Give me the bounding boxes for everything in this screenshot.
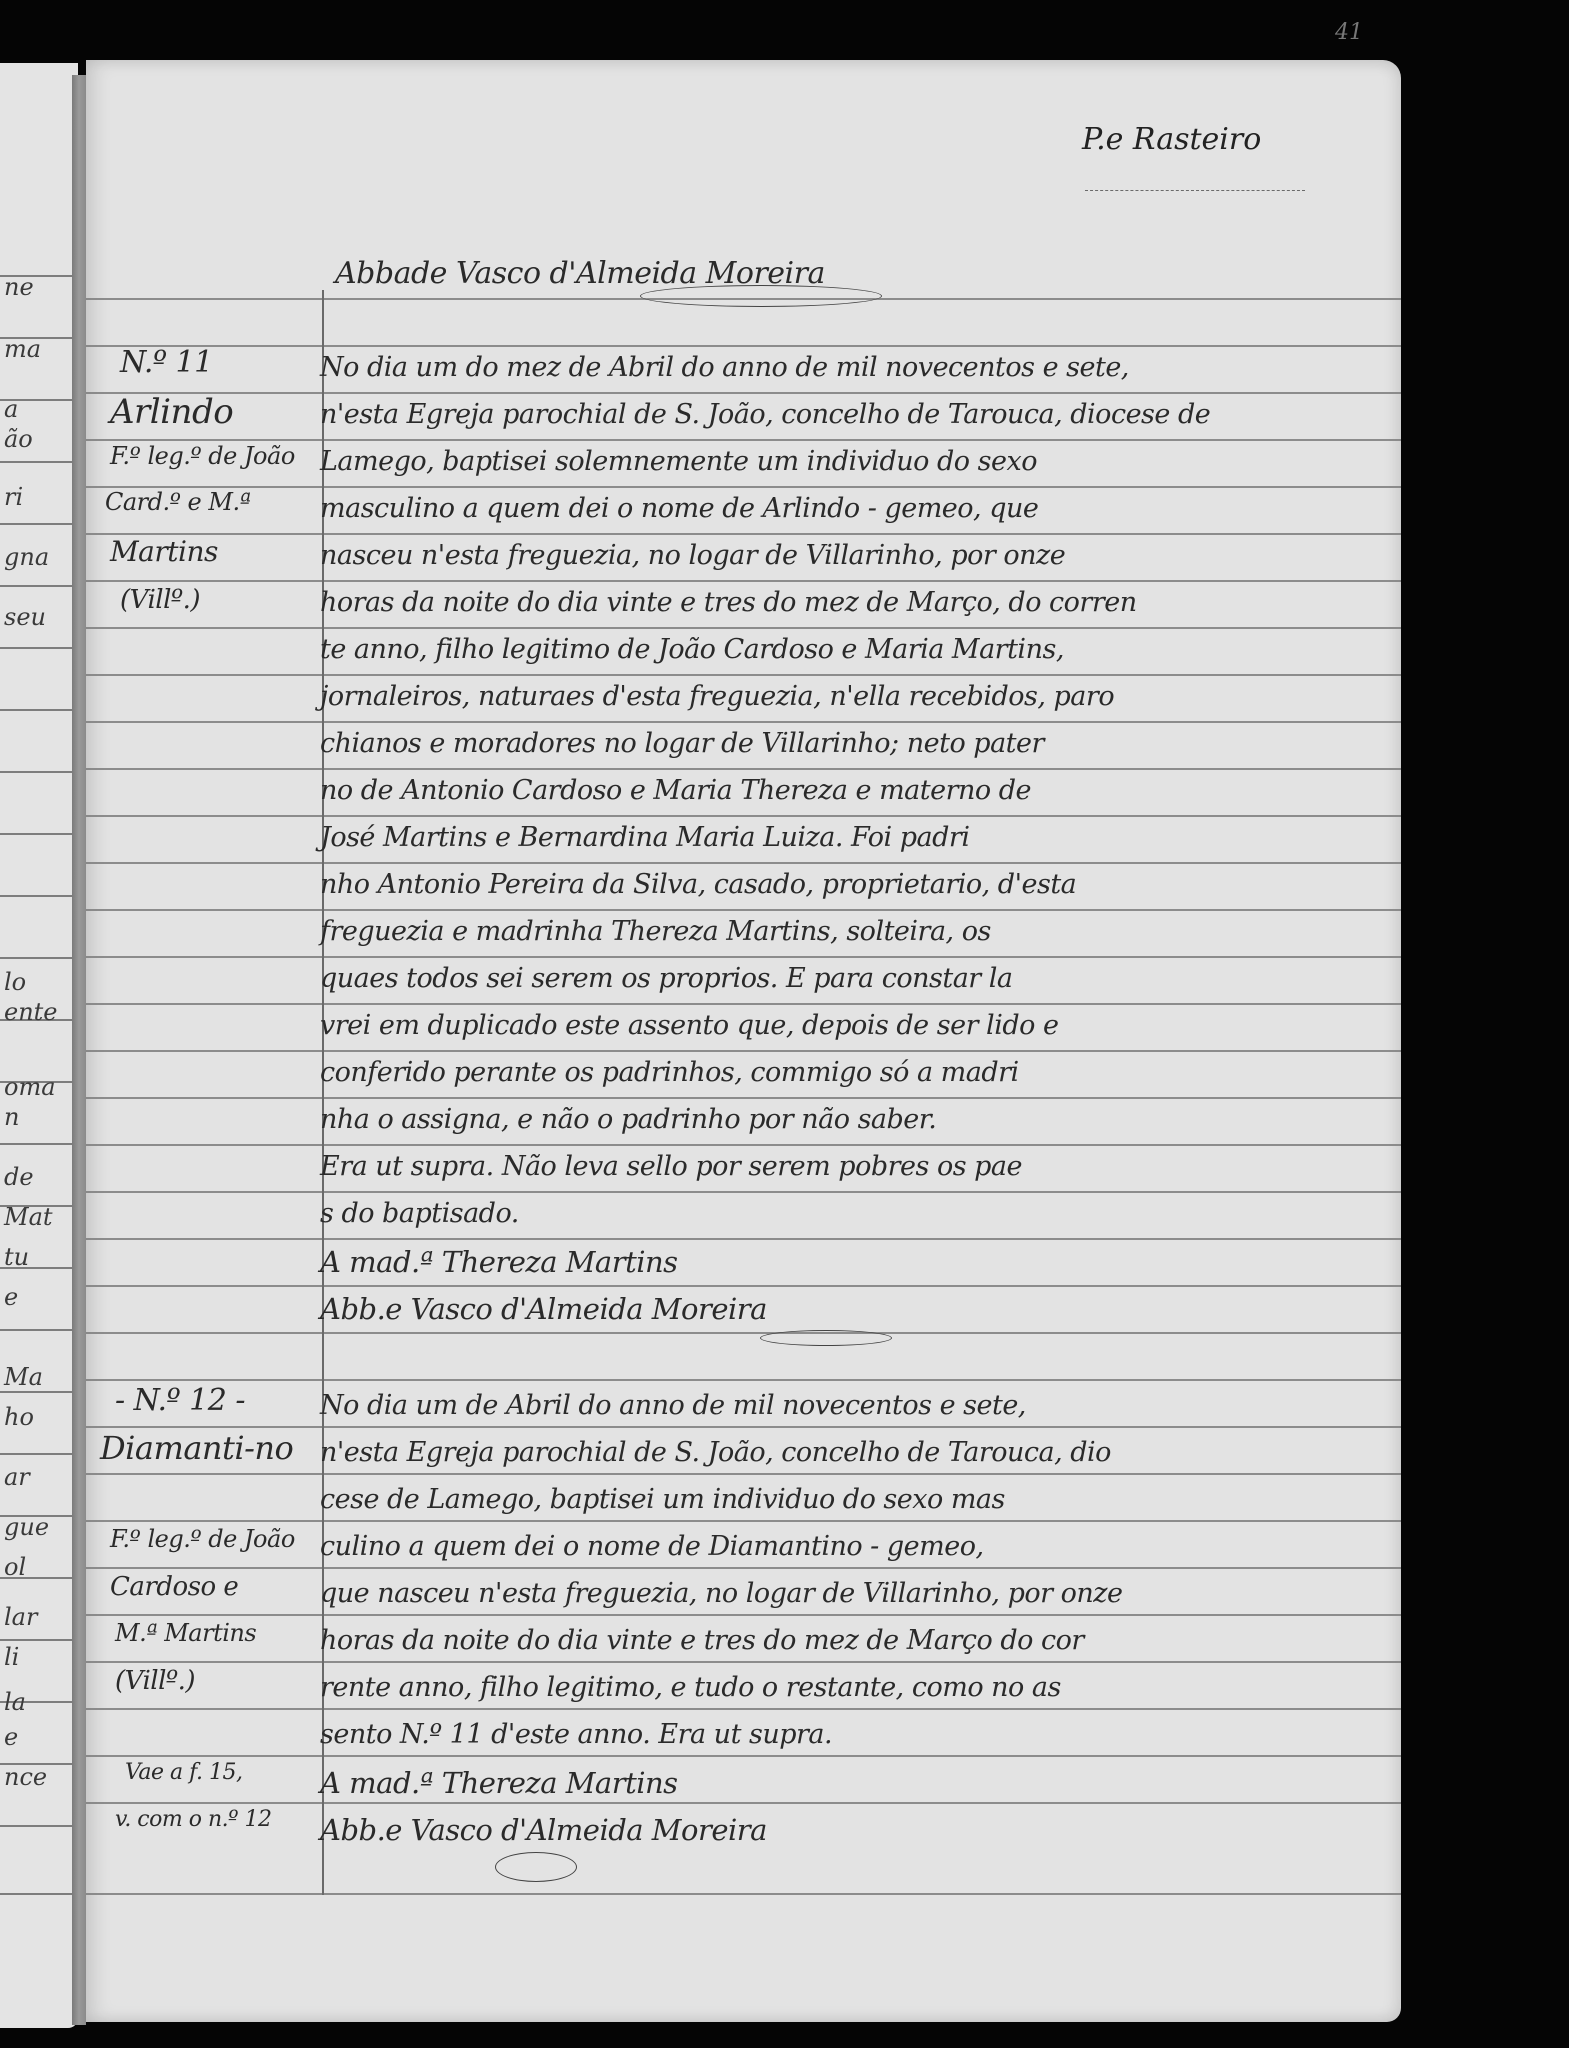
left-page-fragment: gue — [4, 1513, 49, 1541]
godmother-signature: A mad.ª Thereza Martins — [320, 1766, 678, 1800]
left-page-fragment: de — [4, 1163, 34, 1191]
ruled-line — [0, 1639, 78, 1641]
left-facing-page: ne ma a ão ri gna seu lo ente oma n de M… — [0, 63, 78, 2028]
record-line: conferido perante os padrinhos, commigo … — [320, 1057, 1019, 1088]
header-underline — [1085, 190, 1305, 193]
left-page-fragment: e — [4, 1283, 18, 1311]
record-line: vrei em duplicado este assento que, depo… — [320, 1010, 1058, 1041]
record-line: n'esta Egreja parochial de S. João, conc… — [320, 399, 1210, 430]
margin-line: Cardoso e — [110, 1572, 238, 1602]
signature-flourish — [640, 285, 882, 307]
left-page-fragment: n — [4, 1103, 19, 1131]
left-page-fragment: Ma — [4, 1363, 43, 1391]
signature-flourish — [760, 1330, 892, 1346]
ruled-line — [0, 1825, 78, 1827]
ruled-line — [0, 1329, 78, 1331]
margin-line: F.º leg.º de João — [110, 442, 295, 470]
left-page-fragment: ri — [4, 483, 23, 511]
left-page-fragment: lo — [4, 968, 26, 996]
left-page-fragment: e — [4, 1723, 18, 1751]
ruled-line — [0, 895, 78, 897]
ruled-line — [0, 523, 78, 525]
margin-line: (Villº.) — [120, 585, 200, 615]
ruled-line — [0, 957, 78, 959]
cross-reference-note: v. com o n.º 12 — [115, 1807, 271, 1832]
margin-line: (Villº.) — [115, 1666, 195, 1696]
priest-signature: Abb.e Vasco d'Almeida Moreira — [320, 1813, 767, 1847]
ruled-line — [0, 833, 78, 835]
ruled-line — [0, 647, 78, 649]
margin-line: Martins — [110, 535, 218, 568]
record-line: nasceu n'esta freguezia, no logar de Vil… — [320, 540, 1065, 571]
signature-flourish — [495, 1852, 577, 1882]
record-line: sento N.º 11 d'este anno. Era ut supra. — [320, 1719, 832, 1750]
record-line: chianos e moradores no logar de Villarin… — [320, 728, 1044, 759]
ruled-line — [0, 771, 78, 773]
baptized-name: Diamanti-no — [100, 1425, 310, 1472]
record-line: horas da noite do dia vinte e tres do me… — [320, 1625, 1084, 1656]
book-gutter — [72, 75, 86, 2025]
margin-line: Card.º e M.ª — [105, 488, 251, 516]
record-line: Lamego, baptisei solemnemente um individ… — [320, 446, 1037, 477]
record-line: no de Antonio Cardoso e Maria Thereza e … — [320, 775, 1031, 806]
record-line: cese de Lamego, baptisei um individuo do… — [320, 1484, 1005, 1515]
left-page-fragment: ão — [4, 425, 33, 453]
entry-number: N.º 11 — [120, 345, 213, 380]
record-line: culino a quem dei o nome de Diamantino -… — [320, 1531, 984, 1562]
left-page-fragment: ar — [4, 1463, 30, 1491]
baptized-name: Arlindo — [110, 392, 233, 432]
left-page-fragment: seu — [4, 603, 46, 631]
entry-number: - N.º 12 - — [115, 1383, 245, 1418]
left-page-fragment: nce — [4, 1763, 47, 1791]
margin-line: F.º leg.º de João — [110, 1525, 295, 1553]
record-line: No dia um do mez de Abril do anno de mil… — [320, 352, 1129, 383]
left-page-fragment: ol — [4, 1553, 26, 1581]
record-line: rente anno, filho legitimo, e tudo o res… — [320, 1672, 1061, 1703]
cross-reference-note: Vae a f. 15, — [125, 1760, 242, 1785]
left-page-fragment: ma — [4, 335, 41, 363]
record-line: quaes todos sei serem os proprios. E par… — [320, 963, 1013, 994]
record-line: horas da noite do dia vinte e tres do me… — [320, 587, 1137, 618]
record-line: nho Antonio Pereira da Silva, casado, pr… — [320, 869, 1076, 900]
margin-line: M.ª Martins — [115, 1619, 256, 1647]
ruled-line — [0, 709, 78, 711]
left-page-fragment: ne — [4, 273, 34, 301]
ruled-line — [0, 1453, 78, 1455]
record-line: n'esta Egreja parochial de S. João, conc… — [320, 1437, 1111, 1468]
record-line: te anno, filho legitimo de João Cardoso … — [320, 634, 1064, 665]
record-line: No dia um de Abril do anno de mil novece… — [320, 1390, 1026, 1421]
record-line: masculino a quem dei o nome de Arlindo -… — [320, 493, 1038, 524]
ruled-line — [0, 585, 78, 587]
left-page-fragment: ho — [4, 1403, 34, 1431]
record-line: nha o assigna, e não o padrinho por não … — [320, 1104, 936, 1135]
left-page-fragment: ente — [4, 998, 58, 1026]
left-page-fragment: oma — [4, 1073, 56, 1101]
left-page-fragment: la — [4, 1688, 26, 1716]
record-line: que nasceu n'esta freguezia, no logar de… — [320, 1578, 1122, 1609]
left-page-fragment: gna — [4, 543, 49, 571]
record-line: Era ut supra. Não leva sello por serem p… — [320, 1151, 1022, 1182]
record-line: José Martins e Bernardina Maria Luiza. F… — [320, 822, 969, 853]
record-line: jornaleiros, naturaes d'esta freguezia, … — [320, 681, 1114, 712]
record-line: freguezia e madrinha Thereza Martins, so… — [320, 916, 991, 947]
left-page-fragment: a — [4, 395, 18, 423]
left-page-fragment: tu — [4, 1243, 29, 1271]
godmother-signature: A mad.ª Thereza Martins — [320, 1245, 678, 1279]
priest-signature: Abb.e Vasco d'Almeida Moreira — [320, 1292, 767, 1326]
left-page-fragment: Mat — [4, 1203, 53, 1231]
ruled-line — [0, 461, 78, 463]
record-line: s do baptisado. — [320, 1198, 519, 1229]
ruled-line — [0, 1143, 78, 1145]
ruled-line — [0, 1391, 78, 1393]
parish-header: P.e Rasteiro — [1082, 122, 1261, 157]
ruled-line — [0, 1893, 78, 1895]
page-number: 41 — [1335, 20, 1363, 45]
left-page-fragment: li — [4, 1643, 19, 1671]
left-page-fragment: lar — [4, 1603, 37, 1631]
